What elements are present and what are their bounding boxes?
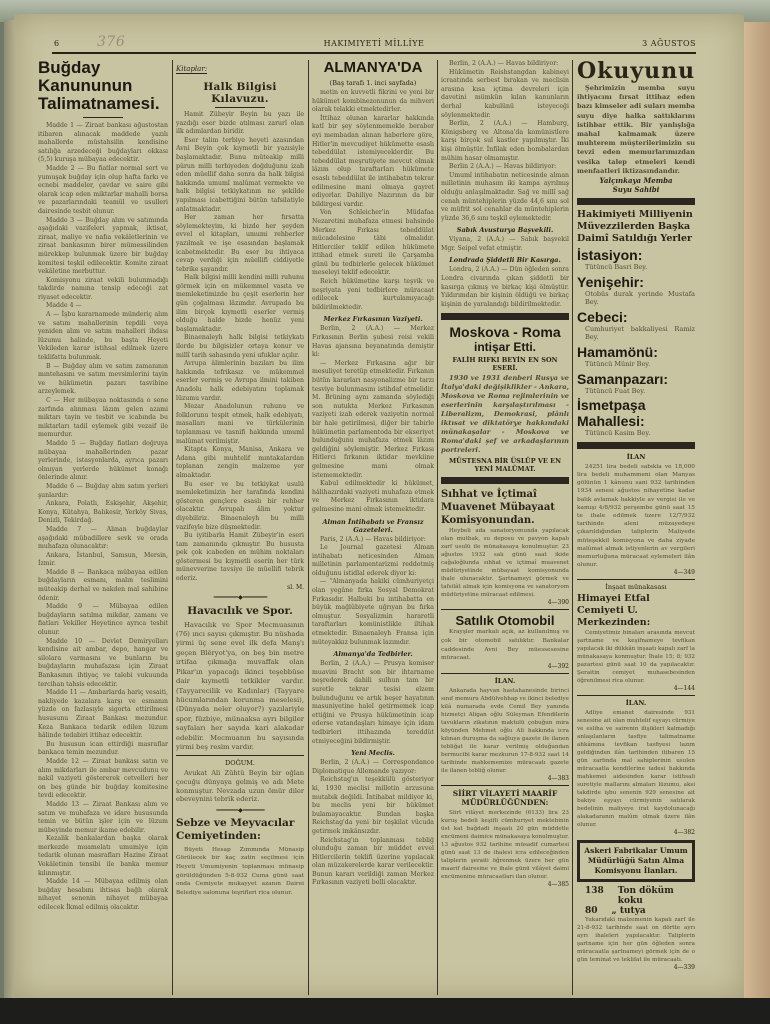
- location-name: Cebeci:: [577, 309, 695, 325]
- paragraph: metin en kuvvetli fikrini ve yeni bir hü…: [312, 89, 434, 115]
- paragraph: Madde 11 — Ambarlarda hariç vesaiti, nak…: [38, 689, 168, 741]
- paragraph: Madde 12 — Ziraat bankası satın ve alım …: [38, 758, 168, 801]
- article-body: Madde 1 — Ziraat bankası ağustostan itib…: [38, 122, 168, 913]
- paragraph: Mezar Anadolunun ruhunu ve folklorunu te…: [176, 403, 304, 446]
- sport-headline: Havacılık ve Spor.: [176, 605, 304, 617]
- ilan-body: Ankarada hayvan hastahanesinde birinci s…: [441, 687, 569, 775]
- paragraph: Berlin 2 (A.A.) — Havas bildiriyor:: [441, 163, 569, 172]
- list-item: 80„ tutya: [577, 906, 695, 916]
- paragraph: — "Almanyada hakiki cümhuriyetçi olan ye…: [312, 578, 434, 647]
- subhead-tedbirler: Almanya'da Tedbirler.: [312, 650, 434, 658]
- item-quantity: 80: [585, 906, 598, 916]
- okuyunuz-signature: Yalçınkaya Memba Suyu Sahibi: [577, 176, 695, 194]
- location-name: Hamamönü:: [577, 344, 695, 360]
- almanya-headline: ALMANYA'DA: [312, 59, 434, 76]
- subhead-yeni-meclis: Yeni Meclis.: [312, 749, 434, 757]
- paragraph: Kezalik bankalardan başka olarak merkezd…: [38, 835, 168, 878]
- ilan-title: İLAN.: [441, 677, 569, 685]
- paragraph: Berlin, 2 (A.A.) — Correspondance Diplom…: [312, 759, 434, 776]
- paragraph: Şehrimizin memba suyu ihtiyacını fırsat …: [577, 84, 695, 176]
- section-rule: [441, 785, 569, 786]
- location-name: Yenişehir:: [577, 274, 695, 290]
- paragraph: Her zaman her fırsatta söylemekteyim, ki…: [176, 214, 304, 274]
- paragraph: Hükümetin Reishstangdan kabineyi icraatı…: [441, 69, 569, 121]
- paragraph: Madde 1 — Ziraat bankası ağustostan itib…: [38, 122, 168, 165]
- subsection-body: Berlin, 2 (A.A.) — Prusya komiser muavin…: [312, 660, 434, 746]
- paragraph: Madde 13 — Ziraat Bankası alım ve satım …: [38, 801, 168, 835]
- header-rule: [52, 52, 696, 54]
- askeri-body: Yukarıdaki malzemenin kapalı zarf ile 21…: [577, 916, 695, 964]
- veg-headline: Sebze ve Meyvacılar Cemiyetinden:: [176, 817, 304, 843]
- paragraph: Paris, 2 (A.A.) — Havas bildiriyor:: [312, 536, 434, 545]
- birth-body: Avukat Ali Zühtü Beyin bir oğlan çocuğu …: [176, 769, 304, 803]
- column-ads: Okuyunuz! Şehrimizin memba suyu ihtiyacı…: [577, 56, 695, 996]
- paragraph: C — Her mübayaa noktasında o sene zarfın…: [38, 397, 168, 440]
- headline-rule: [83, 117, 123, 118]
- paragraph: Madde 4 —: [38, 302, 168, 311]
- siirt-body: Siirt vilâyet merkezinde (6133) lira 23 …: [441, 809, 569, 881]
- location-seller: Tütüncü Basri Bey.: [577, 263, 695, 272]
- siirt-headline: SİİRT VİLAYETİ MAARİF MÜDÜRLÜĞÜNDEN:: [441, 789, 569, 807]
- column-bugday: Buğday Kanununun Talimatnamesi. Madde 1 …: [38, 56, 168, 996]
- continued-note: (Baş tarafı 1. inci sayfada): [312, 79, 434, 87]
- moskova-subheadline: intişar Etti.: [441, 340, 569, 354]
- paragraph: Hamit Zübeyir Beyin bu yazı ile yazdığı …: [176, 111, 304, 137]
- subsection-body: Berlin, 2 (A.A.) — Merkez Fırkasının Ber…: [312, 325, 434, 514]
- moskova-author: FALİH RIFKI BEYİN EN SON ESERİ.: [441, 356, 569, 372]
- book-headline: Halk Bilgisi Kılavuzu.: [176, 81, 304, 105]
- headline-rule: [215, 107, 265, 108]
- section-rule: [577, 579, 695, 580]
- paragraph: Ankara, İstanbul, Samsun, Mersin, İzmir.: [38, 552, 168, 569]
- paragraph: Eser talim terbiye heyeti azasından Avni…: [176, 137, 304, 214]
- seipel-body: Viyana, 2 (A.A.) — Sabık başvekil Mgr. S…: [441, 236, 569, 253]
- moskova-tagline: MÜSTESNA BİR ÜSLÛP VE EN YENİ MALÛMAT.: [441, 457, 569, 473]
- veg-body: Büyeti Hesap Zımmında Münasip Görülecek …: [176, 846, 304, 898]
- section-rule: [176, 755, 304, 756]
- page-header: 6 376 HAKIMIYETİ MİLLİYE 3 AĞUSTOS: [52, 36, 696, 52]
- ilan1-body: 24251 lira bedeli sabıkla ve 18,000 lira…: [577, 463, 695, 570]
- distribution-headline: Hakimiyeti Milliyenin Müvezzilerden Başk…: [577, 209, 695, 245]
- kasirga-body: Londra, 2 (A.A.) — Dün öğleden sonra Lon…: [441, 266, 569, 309]
- subhead-fransiz: Alman İntihabatı ve Fransız Gazeteleri.: [312, 518, 434, 534]
- section-bar: [441, 313, 569, 320]
- berlin-dispatches: Berlin, 2 (A.A.) — Havas bildiriyor:Hükü…: [441, 60, 569, 223]
- scanner-bottom-band: [0, 998, 770, 1024]
- askeri-box: Askeri Fabrikalar Umum Müdürlüğü Satın A…: [577, 840, 695, 882]
- section-rule: [441, 673, 569, 674]
- column-divider: [437, 60, 438, 995]
- paragraph: Madde 9 — Mübayaa edilen buğdayların sat…: [38, 603, 168, 637]
- subsection-body: Paris, 2 (A.A.) — Havas bildiriyor:Le Jo…: [312, 536, 434, 648]
- siirt-ref: 4—385: [441, 881, 569, 888]
- ilan2-ref: 4—382: [577, 829, 695, 836]
- paragraph: Madde 10 — Devlet Demiryolları kendisine…: [38, 638, 168, 690]
- himaye-ref: 4—144: [577, 685, 695, 692]
- sihhat-body: Heybeli ada sanatoryomunda yapılacak ola…: [441, 527, 569, 599]
- section-rule: [577, 695, 695, 696]
- subsection-body: Berlin, 2 (A.A.) — Correspondance Diplom…: [312, 759, 434, 888]
- column-almanya: ALMANYA'DA (Baş tarafı 1. inci sayfada) …: [312, 56, 434, 996]
- column-divider: [172, 60, 173, 995]
- section-bar: [577, 198, 695, 205]
- ornament-divider: ━━━━━━━━━ ◆ ━━━━━━━━━: [176, 594, 304, 601]
- birth-title: DOĞUM.: [176, 759, 304, 767]
- paragraph: Reich hükümetine karşı teşvik ve neşriya…: [312, 278, 434, 312]
- paragraph: İttihaz olunan kararlar hakkında katî bi…: [312, 115, 434, 210]
- paragraph: Madde 2 — Bu fiatlar normal sert ve yumu…: [38, 165, 168, 217]
- paragraph: Von Schleicher'in Müdafaa Nezaretini muh…: [312, 209, 434, 278]
- subhead-merkez: Merkez Fırkasının Vaziyeti.: [312, 315, 434, 323]
- next-page-edge: [744, 22, 770, 1002]
- paragraph: Umumî intihabatın neticesinde alman mill…: [441, 172, 569, 224]
- askeri-items: 138Ton döküm koku80„ tutya: [577, 886, 695, 916]
- moskova-headline: Moskova - Roma: [441, 324, 569, 340]
- ilan2-body: Adliye emanet dairesinde 931 senesine ai…: [577, 709, 695, 829]
- paragraph: Berlin, 2 (A.A.) — Prusya komiser muavin…: [312, 660, 434, 746]
- location-seller: Otobüs durak yerinde Mustafa Bey.: [577, 290, 695, 307]
- paragraph: — Merkez Fırkasına ağır bir mesuliyet te…: [312, 360, 434, 480]
- item-name: Ton döküm koku: [618, 886, 695, 906]
- paragraph: Kabul edilmektedir ki hükümet, hâlihazır…: [312, 480, 434, 514]
- okuyunuz-headline: Okuyunuz!: [577, 58, 695, 84]
- location-seller: Tütüncü Kasim Bey.: [577, 429, 695, 438]
- paragraph: Avrupa âlimlerinin bazıları bu ilim hakk…: [176, 360, 304, 403]
- paragraph: Reichstag'ın teşekkülü gösteriyor ki, 19…: [312, 776, 434, 836]
- location-name: Samanpazarı:: [577, 371, 695, 387]
- paragraph: Ankara, Polatlı, Eskişehir, Akşehir, Kon…: [38, 500, 168, 526]
- himaye-body: Cemiyetimiz binaları arasında mevcut şar…: [577, 629, 695, 685]
- paragraph: Bu iyitibarla Hamit Zübeyir'in eseri tam…: [176, 532, 304, 584]
- insaat-label: İnşaat münakasası: [577, 583, 695, 591]
- paragraph: Halk bilgisi milli kendini milli ruhunu …: [176, 274, 304, 334]
- otomobil-ref: 4—392: [441, 663, 569, 670]
- askeri-headline: Askeri Fabrikalar Umum Müdürlüğü Satın A…: [583, 846, 689, 876]
- paragraph: Binaenaleyh halk bilgisi tetkiykatı iler…: [176, 334, 304, 360]
- paragraph: Madde 3 — Buğday alım ve satımında aşağı…: [38, 217, 168, 277]
- section-bar: [577, 442, 695, 449]
- paragraph: Berlin, 2 (A.A.) — Hamburg, Königsberg v…: [441, 120, 569, 163]
- location-name: İsmetpaşa Mahallesi:: [577, 397, 695, 429]
- newspaper-title: HAKIMIYETİ MİLLİYE: [52, 39, 696, 48]
- otomobil-headline: Satılık Otomobil: [441, 613, 569, 628]
- ilan2-title: İLAN.: [577, 699, 695, 707]
- section-rule: [441, 609, 569, 610]
- distribution-list: İstasiyon:Tütüncü Basri Bey.Yenişehir:Ot…: [577, 247, 695, 438]
- ilan-ref: 4—383: [441, 775, 569, 782]
- sihhat-ref: 4—390: [441, 599, 569, 606]
- paragraph: Komisyonu ziraat vekili bulunmadığı takd…: [38, 277, 168, 303]
- book-review-body: Hamit Zübeyir Beyin bu yazı ile yazdığı …: [176, 111, 304, 584]
- sport-body: Havacılık ve Spor Mecmuasının (76) ıncı …: [176, 621, 304, 753]
- article-body: metin en kuvvetli fikrini ve yeni bir hü…: [312, 89, 434, 312]
- issue-date: 3 AĞUSTOS: [642, 39, 696, 48]
- list-item: 138Ton döküm koku: [577, 886, 695, 906]
- location-seller: Tütüncü Münir Bey.: [577, 360, 695, 369]
- location-seller: Tütüncü Fuat Bey.: [577, 387, 695, 396]
- moskova-body: 1930 ve 1931 denberi Rusya ve İtalya'dak…: [441, 374, 569, 455]
- paragraph: Madde 6 — Buğday alım satım yerleri şunl…: [38, 483, 168, 500]
- paragraph: Bu hususun ican ettirdiği masraflar bank…: [38, 741, 168, 758]
- paragraph: Madde 14 — Mübayaa edilmiş olan buğday h…: [38, 878, 168, 912]
- column-divider: [308, 60, 309, 995]
- paragraph: Le Journal gazetesi Alman intihabatı net…: [312, 544, 434, 578]
- subhead-seipel: Sabık Avusturya Başvekili.: [441, 226, 569, 234]
- item-name: „ tutya: [612, 906, 646, 916]
- column-news-ads: Berlin, 2 (A.A.) — Havas bildiriyor:Hükü…: [441, 56, 569, 996]
- okuyunuz-body: Şehrimizin memba suyu ihtiyacını fırsat …: [577, 84, 695, 176]
- column-divider: [572, 60, 573, 995]
- himaye-headline: Himayei Etfal Cemiyeti U. Merkezinden:: [577, 593, 695, 629]
- signature: sl. M.: [176, 584, 304, 591]
- paragraph: Madde 5 — Buğday fiatları doğruya mübaya…: [38, 440, 168, 483]
- location-seller: Cumhuriyet bakkaliyesi Ramiz Bey.: [577, 325, 695, 342]
- ilan1-ref: 4—349: [577, 569, 695, 576]
- otomobil-body: Krayşler markalı açık, az kullanılmış ve…: [441, 628, 569, 662]
- paragraph: Reichstag'ın toplanması tebliğ olunduğu …: [312, 837, 434, 889]
- section-bar: [441, 477, 569, 484]
- ilan1-title: İLAN: [577, 453, 695, 461]
- article-headline: Buğday Kanununun Talimatnamesi.: [38, 59, 168, 113]
- ornament-divider: ━━━━━━━━ ◆ ━━━━━━━━: [176, 807, 304, 814]
- paragraph: Bu eser ve bu tetkiykat usulü memleketim…: [176, 481, 304, 533]
- paragraph: Havacılık ve Spor Mecmuasının (76) ıncı …: [176, 621, 304, 753]
- paragraph: Kitapta Konya, Manisa, Ankara ve Adana g…: [176, 446, 304, 480]
- section-label: Kitaplar:: [176, 65, 207, 74]
- paragraph: Berlin, 2 (A.A.) — Merkez Fırkasının Ber…: [312, 325, 434, 359]
- paragraph: A — İşbu kararnamede münderiç alım ve sa…: [38, 311, 168, 363]
- location-name: İstasiyon:: [577, 247, 695, 263]
- paragraph: Madde 8 — Bankaca mübayaa edilen buğdayl…: [38, 569, 168, 603]
- subhead-kasirga: Londrada Şiddetli Bir Kasırga.: [441, 256, 569, 264]
- askeri-ref: 4—339: [577, 964, 695, 971]
- column-books: Kitaplar: Halk Bilgisi Kılavuzu. Hamit Z…: [176, 56, 304, 996]
- sihhat-headline: Sıhhat ve İçtimaî Muavenet Mübayaat Komi…: [441, 488, 569, 527]
- paragraph: B — Buğday alım ve satım zamanının mınte…: [38, 363, 168, 397]
- paragraph: Madde 7 — Alınan buğdaylar aşağıdaki müb…: [38, 526, 168, 552]
- item-quantity: 138: [585, 886, 604, 906]
- paragraph: Berlin, 2 (A.A.) — Havas bildiriyor:: [441, 60, 569, 69]
